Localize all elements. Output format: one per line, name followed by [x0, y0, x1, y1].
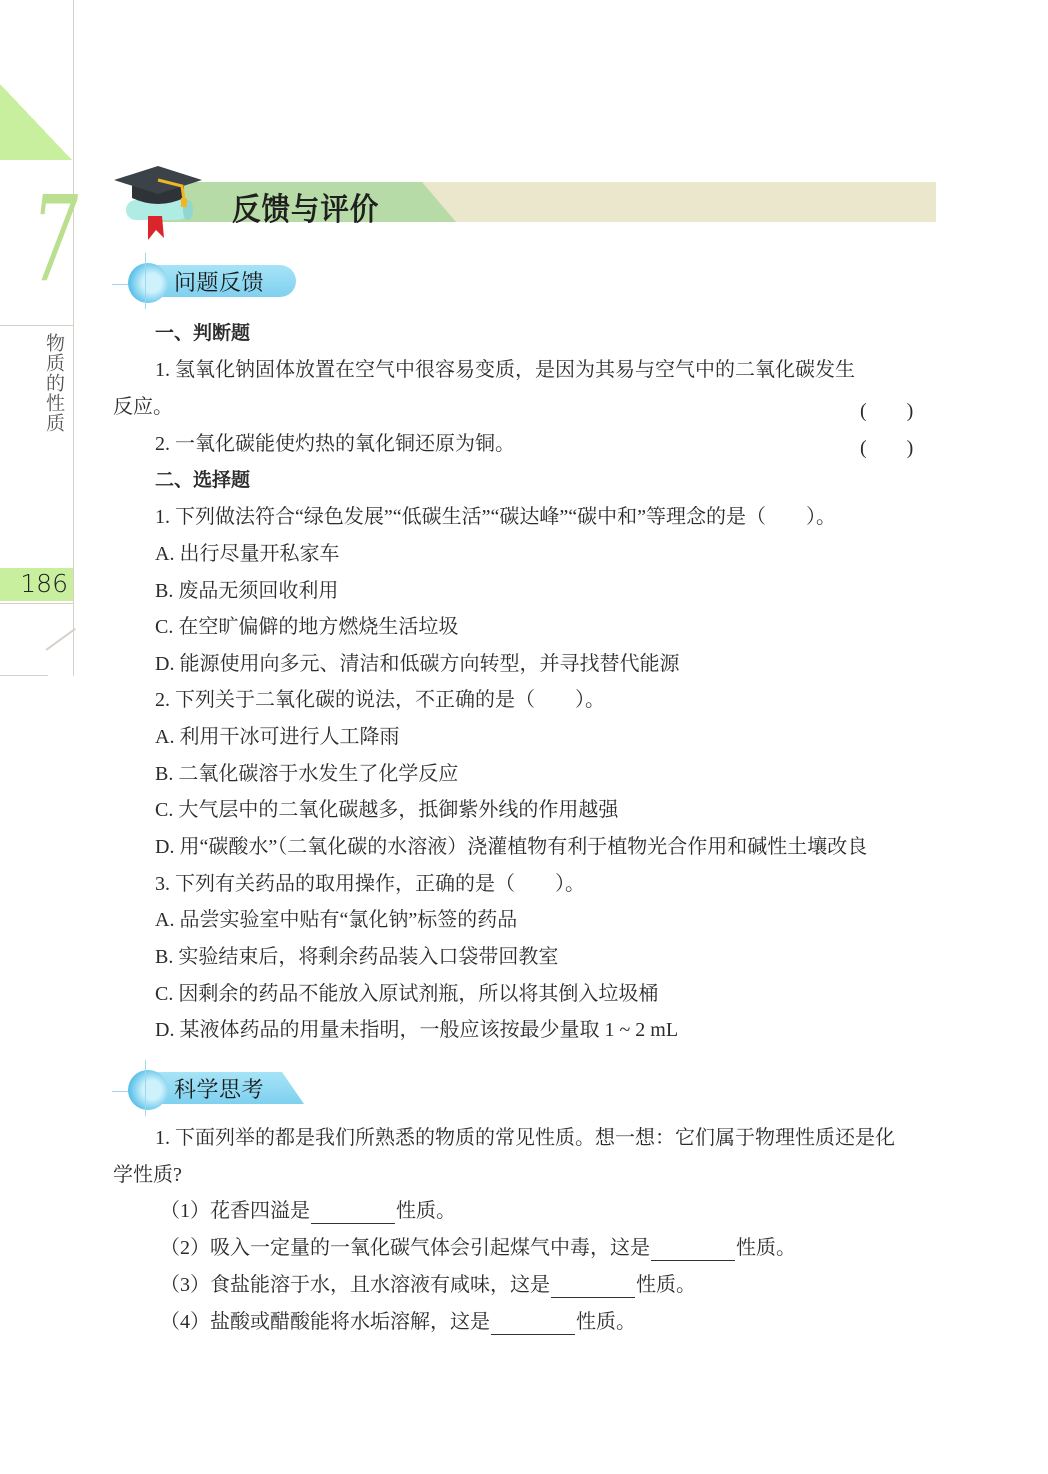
option-item: B. 二氧化碳溶于水发生了化学反应 [155, 761, 458, 787]
option-item: D. 能源使用向多元、清洁和低碳方向转型，并寻找替代能源 [155, 651, 679, 677]
option-item: C. 大气层中的二氧化碳越多，抵御紫外线的作用越强 [155, 797, 618, 823]
margin-triangle-decoration [0, 84, 72, 160]
option-item: A. 利用干冰可进行人工降雨 [155, 724, 399, 750]
fill-blank-item: （2）吸入一定量的一氧化碳气体会引起煤气中毒，这是性质。 [160, 1235, 796, 1261]
fill-suffix: 性质。 [396, 1200, 456, 1222]
margin-divider [0, 675, 48, 676]
question-stem: 1. 下列做法符合“绿色发展”“低碳生活”“碳达峰”“碳中和”等理念的是（ ）。 [155, 504, 836, 530]
fill-blank-item: （4）盐酸或醋酸能将水垢溶解，这是性质。 [160, 1309, 636, 1335]
option-item: A. 品尝实验室中贴有“氯化钠”标签的药品 [155, 907, 517, 933]
option-item: D. 用“碳酸水”（二氧化碳的水溶液）浇灌植物有利于植物光合作用和碱性土壤改良 [155, 834, 867, 860]
answer-bracket[interactable]: ( ) [860, 431, 913, 460]
section-title: 科学思考 [174, 1073, 264, 1104]
section-header-feedback: 问题反馈 [112, 253, 292, 309]
fill-blank-item: （3）食盐能溶于水，且水溶液有咸味，这是性质。 [160, 1272, 696, 1298]
question-stem: 3. 下列有关药品的取用操作，正确的是（ ）。 [155, 871, 585, 897]
fill-prefix: （4）盐酸或醋酸能将水垢溶解，这是 [160, 1311, 490, 1333]
chapter-number: 7 [32, 180, 63, 298]
answer-blank[interactable] [491, 1314, 575, 1335]
option-item: C. 因剩余的药品不能放入原试剂瓶，所以将其倒入垃圾桶 [155, 981, 658, 1007]
question-text: 2. 一氧化碳能使灼热的氧化铜还原为铜。 [155, 431, 515, 457]
fill-prefix: （1）花香四溢是 [160, 1200, 310, 1222]
circle-decoration-icon [128, 1070, 168, 1110]
crosshair-line [145, 253, 146, 309]
subsection-heading: 一、判断题 [155, 320, 250, 346]
chapter-title: 物质的性质 [34, 333, 64, 433]
option-item: B. 实验结束后，将剩余药品装入口袋带回教室 [155, 944, 558, 970]
fill-suffix: 性质。 [576, 1311, 636, 1333]
circle-decoration-icon [128, 263, 168, 303]
answer-blank[interactable] [651, 1240, 735, 1261]
answer-bracket[interactable]: ( ) [860, 394, 913, 423]
fill-prefix: （2）吸入一定量的一氧化碳气体会引起煤气中毒，这是 [160, 1237, 650, 1259]
margin-divider [0, 603, 73, 604]
option-item: C. 在空旷偏僻的地方燃烧生活垃圾 [155, 614, 458, 640]
question-text: 1. 下面列举的都是我们所熟悉的物质的常见性质。想一想：它们属于物理性质还是化 [155, 1125, 895, 1151]
section-title: 问题反馈 [174, 266, 264, 297]
page-number: 186 [0, 569, 68, 598]
answer-blank[interactable] [311, 1203, 395, 1224]
option-item: B. 废品无须回收利用 [155, 578, 338, 604]
graduation-cap-icon [112, 164, 204, 242]
question-stem: 2. 下列关于二氧化碳的说法，不正确的是（ ）。 [155, 687, 605, 713]
option-item: D. 某液体药品的用量未指明，一般应该按最少量取 1 ~ 2 mL [155, 1017, 678, 1043]
fill-prefix: （3）食盐能溶于水，且水溶液有咸味，这是 [160, 1274, 550, 1296]
answer-blank[interactable] [551, 1277, 635, 1298]
page-title: 反馈与评价 [232, 184, 379, 229]
fill-blank-item: （1）花香四溢是性质。 [160, 1198, 456, 1224]
subsection-heading: 二、选择题 [155, 467, 250, 493]
option-item: A. 出行尽量开私家车 [155, 541, 339, 567]
question-text: 1. 氢氧化钠固体放置在空气中很容易变质，是因为其易与空气中的二氧化碳发生 [155, 357, 855, 383]
crosshair-line [145, 1060, 146, 1116]
question-text: 学性质? [113, 1162, 182, 1188]
fill-suffix: 性质。 [736, 1237, 796, 1259]
section-header-thinking: 科学思考 [112, 1060, 292, 1116]
margin-divider [0, 325, 73, 326]
question-text: 反应。 [113, 394, 173, 420]
fill-suffix: 性质。 [636, 1274, 696, 1296]
